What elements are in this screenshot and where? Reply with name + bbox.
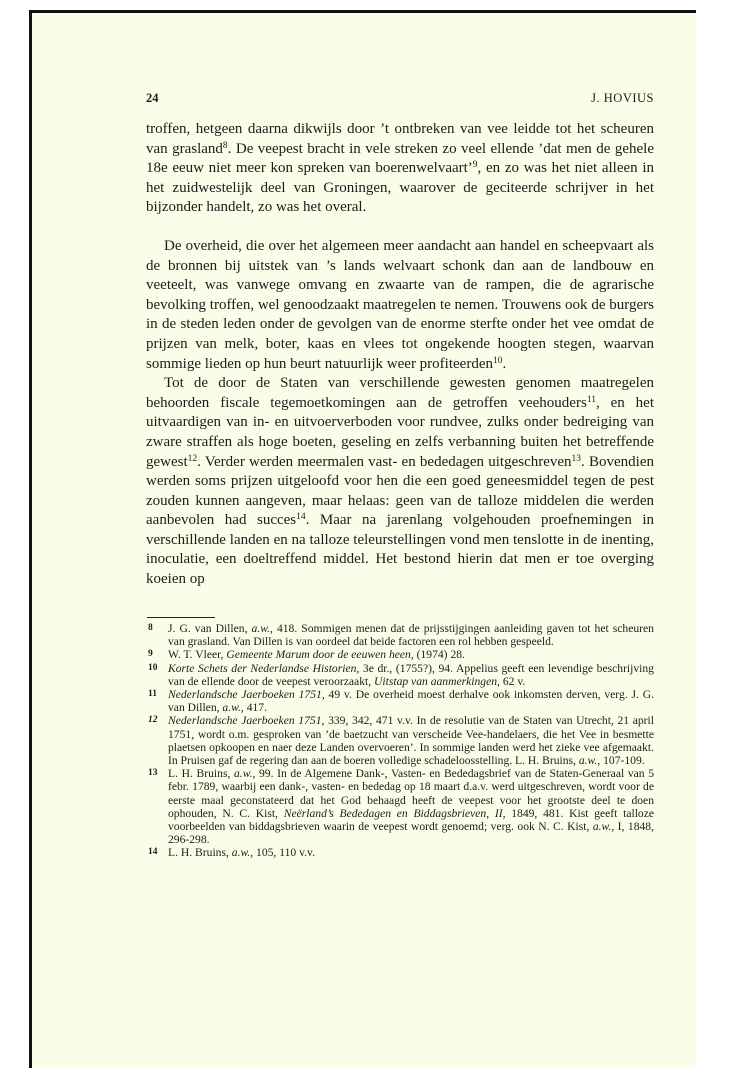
italic-title: a.w. — [579, 754, 597, 767]
footnote-number: 13 — [148, 767, 158, 780]
footnote-number: 8 — [148, 622, 153, 635]
italic-title: a.w. — [234, 767, 252, 780]
body-text: troffen, hetgeen daarna dikwijls door ’t… — [146, 120, 654, 590]
footnote: 11Nederlandsche Jaerboeken 1751, 49 v. D… — [146, 688, 654, 714]
footnote-number: 10 — [148, 662, 158, 675]
italic-title: a.w. — [252, 622, 270, 635]
running-head-author: J. HOVIUS — [591, 91, 654, 106]
footnote-number: 12 — [148, 714, 158, 727]
italic-title: Gemeente Marum door de eeuwen heen, — [226, 648, 413, 661]
footnote-reference: 14 — [296, 512, 306, 522]
paragraph: De overheid, die over het algemeen meer … — [146, 237, 654, 374]
footnote-number: 14 — [148, 846, 158, 859]
page-number: 24 — [146, 91, 159, 106]
paragraph: Tot de door de Staten van verschillende … — [146, 374, 654, 590]
italic-title: a.w. — [232, 846, 250, 859]
book-page: 24 J. HOVIUS troffen, hetgeen daarna dik… — [29, 10, 696, 1068]
footnote-reference: 11 — [587, 395, 596, 405]
paragraph: troffen, hetgeen daarna dikwijls door ’t… — [146, 120, 654, 218]
footnote: 9W. T. Vleer, Gemeente Marum door de eeu… — [146, 648, 654, 661]
footnote-number: 9 — [148, 648, 153, 661]
footnote: 12Nederlandsche Jaerboeken 1751, 339, 34… — [146, 714, 654, 767]
italic-title: Korte Schets der Nederlandse Historien — [168, 662, 356, 675]
italic-title: Nederlandsche Jaerboeken 1751 — [168, 714, 322, 727]
footnote-number: 11 — [148, 688, 157, 701]
footnote: 14L. H. Bruins, a.w., 105, 110 v.v. — [146, 846, 654, 859]
footnote: 10Korte Schets der Nederlandse Historien… — [146, 662, 654, 688]
footnote: 13L. H. Bruins, a.w., 99. In de Algemene… — [146, 767, 654, 846]
italic-title: a.w. — [222, 701, 240, 714]
footnote-separator-rule — [147, 617, 215, 618]
footnote: 8J. G. van Dillen, a.w., 418. Sommigen m… — [146, 622, 654, 648]
footnote-reference: 12 — [188, 454, 198, 464]
italic-title: Uitstap van aanmerkingen, — [374, 675, 500, 688]
italic-title: Nederlandsche Jaerboeken 1751, — [168, 688, 325, 701]
running-header: 24 J. HOVIUS — [146, 91, 654, 107]
footnote-reference: 8 — [223, 141, 228, 151]
footnote-reference: 9 — [473, 160, 478, 170]
footnotes-list: 8J. G. van Dillen, a.w., 418. Sommigen m… — [146, 622, 654, 860]
footnote-reference: 10 — [493, 356, 503, 366]
footnote-reference: 13 — [572, 454, 582, 464]
italic-title: Neërland’s Bededagen en Biddagsbrieven, … — [284, 807, 506, 820]
italic-title: a.w. — [593, 820, 611, 833]
